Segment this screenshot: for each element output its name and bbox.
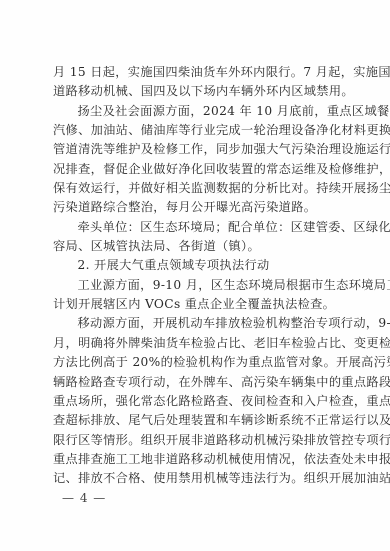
document-body: 月 15 日起，实施国四柴油货车外环内限行。7 月起，实施国二非 道路移动机械、… (53, 63, 341, 489)
text-line: 月，明确将外牌柴油货车检验占比、老旧车检验占比、变更检验 (53, 334, 341, 353)
text-line: 扬尘及社会面源方面，2024 年 10 月底前，重点区域餐饮、 (53, 102, 341, 121)
text-line: 计划开展辖区内 VOCs 重点企业全覆盖执法检查。 (53, 295, 341, 314)
text-line: 记、排放不合格、使用禁用机械等违法行为。组织开展加油站和 (53, 469, 341, 488)
text-line: 月 15 日起，实施国四柴油货车外环内限行。7 月起，实施国二非 (53, 63, 341, 82)
document-page: 月 15 日起，实施国四柴油货车外环内限行。7 月起，实施国二非 道路移动机械、… (0, 0, 390, 551)
text-line: 重点场所，强化常态化路检路查、夜间检查和入户检查，重点检 (53, 392, 341, 411)
text-line: 查超标排放、尾气后处理装置和车辆诊断系统不正常运行以及闯 (53, 411, 341, 430)
text-line: 牵头单位：区生态环境局；配合单位：区建管委、区绿化市 (53, 218, 341, 237)
text-line: 道路移动机械、国四及以下场内车辆外环内区域禁用。 (53, 82, 341, 101)
page-number: — 4 — (62, 491, 106, 505)
text-line: 重点排查施工工地非道路移动机械使用情况，依法查处未申报登 (53, 450, 341, 469)
text-line: 工业源方面，9-10 月，区生态环境局根据市生态环境局工作 (53, 276, 341, 295)
text-line: 保有效运行，并做好相关监测数据的分析比对。持续开展扬尘高 (53, 179, 341, 198)
text-line: 管道清洗等维护及检修工作，同步加强大气污染治理设施运行情 (53, 140, 341, 159)
text-line: 限行区等情形。组织开展非道路移动机械污染排放管控专项行动， (53, 431, 341, 450)
section-heading: 2. 开展大气重点领域专项执法行动 (53, 256, 341, 275)
text-line: 污染道路综合整治，每月公开曝光高污染道路。 (53, 198, 341, 217)
text-line: 方法比例高于 20%的检验机构作为重点监管对象。开展高污染车 (53, 353, 341, 372)
text-line: 况排查，督促企业做好净化回收装置的常态运维及检修维护，确 (53, 160, 341, 179)
text-line: 汽修、加油站、储油库等行业完成一轮治理设备净化材料更换、 (53, 121, 341, 140)
text-line: 移动源方面，开展机动车排放检验机构整治专项行动，9-10 (53, 314, 341, 333)
text-line: 辆路检路查专项行动，在外牌车、高污染车辆集中的重点路段和 (53, 373, 341, 392)
text-line: 容局、区城管执法局、各街道（镇）。 (53, 237, 341, 256)
